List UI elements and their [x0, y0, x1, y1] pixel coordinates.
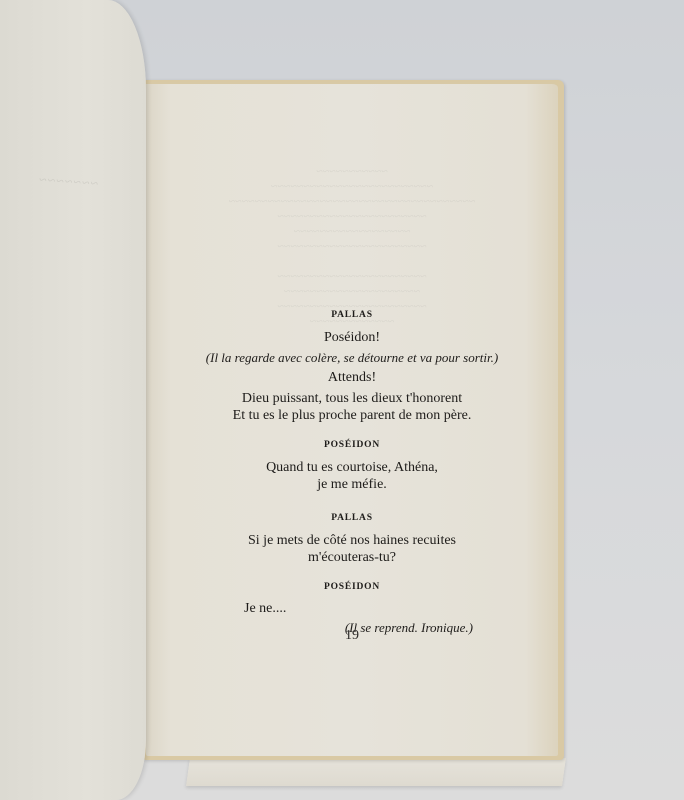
left-page-verso: ~~~~~~~	[0, 0, 146, 800]
page-number: 19	[146, 628, 558, 644]
dialogue-line: Et tu es le plus proche parent de mon pè…	[146, 407, 558, 424]
show-through-text: ~~~~~~~~~~~~~~~~~~~~~~~~~~~~~~~~~~~~~~~~…	[146, 164, 558, 329]
speaker-name: PALLAS	[146, 513, 558, 523]
dialogue-line: je me méfie.	[146, 476, 558, 493]
dialogue-line: Dieu puissant, tous les dieux t'honorent	[146, 390, 558, 407]
show-through-text: ~~~~~~~	[38, 173, 99, 193]
speaker-name: POSÉIDON	[146, 440, 558, 450]
play-dialogue: PALLAS Poséidon! (Il la regarde avec col…	[146, 310, 558, 636]
dialogue-line: Poséidon!	[146, 329, 558, 346]
dialogue-line: Si je mets de côté nos haines recuites	[146, 532, 558, 549]
dialogue-line: Attends!	[146, 369, 558, 386]
speaker-name: PALLAS	[146, 310, 558, 320]
dialogue-line: Je ne....	[146, 600, 558, 617]
speaker-name: POSÉIDON	[146, 582, 558, 592]
book-page-recto: ~~~~~~~~~~~~~~~~~~~~~~~~~~~~~~~~~~~~~~~~…	[146, 82, 558, 756]
card-slip-under-book	[186, 758, 566, 786]
stage-direction: (Il la regarde avec colère, se détourne …	[146, 349, 558, 366]
dialogue-line: m'écouteras-tu?	[146, 549, 558, 566]
dialogue-line: Quand tu es courtoise, Athéna,	[146, 459, 558, 476]
